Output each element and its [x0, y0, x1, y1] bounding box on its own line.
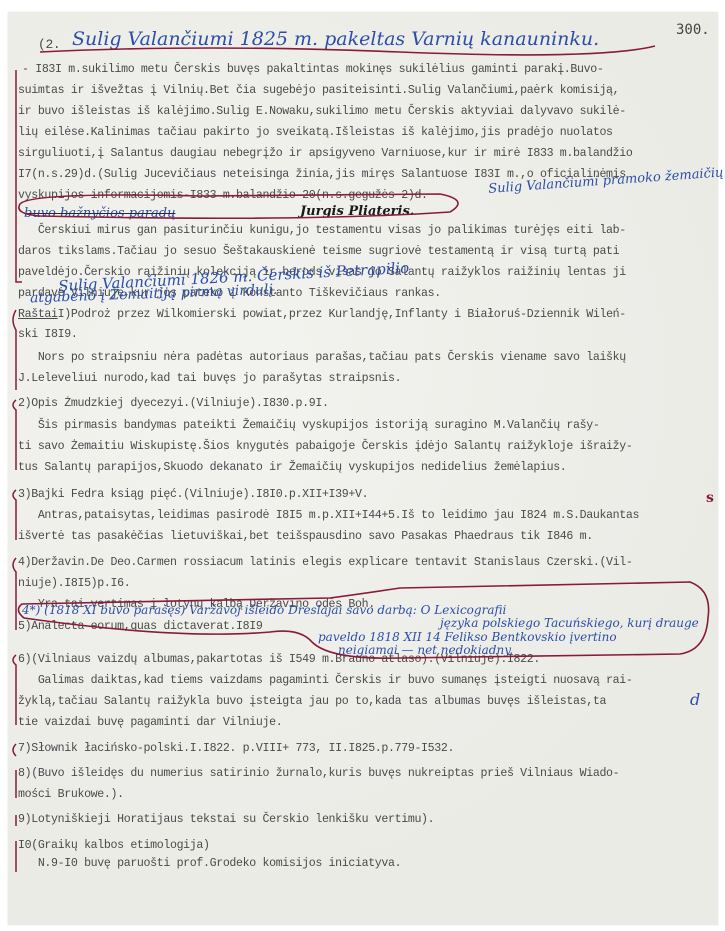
rastai-note: tus Salantų parapijos,Skuodo dekanato ir… [18, 461, 566, 475]
rastai-item-2: 2)Opis Żmudzkiej dyecezyi.(Vilniuje).I83… [18, 397, 329, 411]
rastai-item-9: 9)Lotyniškieji Horatijaus tekstai su Čer… [18, 813, 434, 827]
rastai-note: tie vaizdai buvę pagaminti dar Vilniuje. [18, 716, 282, 730]
rastai-item-4: 4)Deržavin.De Deo.Carmen rossiacum latin… [18, 556, 633, 570]
handwritten-box-line3: paveldo 1818 XII 14 Felikso Bentkovskio … [318, 630, 617, 644]
rastai-note: Antras,pataisytas,leidimas pasirodė I8I5… [18, 509, 639, 523]
rastai-item-8-line2: mości Brukowe.). [18, 788, 124, 802]
rastai-item-7: 7)Słownik łacińsko-polski.I.I822. p.VIII… [18, 742, 454, 756]
rastai-item-4-line2: niuje).I8I5)p.I6. [18, 577, 130, 591]
rastai-note: J.Leleveliui nurodo,kad tai buvęs jo par… [18, 372, 401, 386]
rastai-note: Nors po straipsniu nėra padėtas autoriau… [18, 351, 626, 365]
body-line: ir buvo išleistas iš kalėjimo.Sulig E.No… [18, 105, 626, 119]
handwritten-correction-d: d [690, 690, 700, 709]
rastai-note: ti savo Żemaitiu Wiskupistę.Šios knygutė… [18, 440, 633, 454]
header-handwritten-note: Sulig Valančiumi 1825 m. pakeltas Varnių… [72, 28, 599, 50]
handwritten-box-line2: języka polskiego Tacuńskiego, kurį draug… [440, 616, 699, 630]
rastai-note: Galimas daiktas,kad tiems vaizdams pagam… [18, 674, 633, 688]
rastai-item-10: I0(Graikų kalbos etimologija) [18, 839, 210, 853]
rastai-item-1: RaštaiI)Podroż przez Wilkomierski powiat… [18, 308, 626, 322]
rastai-item-6: 6)(Vilniaus vaizdų albumas,pakartotas iš… [18, 653, 540, 667]
body-line: - I83I m.sukilimo metu Čerskis buvęs pak… [22, 63, 603, 77]
body-line: suimtas ir išvežtas į Vilnių.Bet čia sug… [18, 84, 619, 98]
handwritten-note-jurgis: Jurgis Pliateris. [300, 204, 414, 219]
rastai-note: N.9-I0 buvę paruošti prof.Grodeko komisi… [18, 857, 401, 871]
rastai-item-3: 3)Bajki Fedra ksiąg pięć.(Vilniuje).I8I0… [18, 488, 368, 502]
rastai-note: išvertė tas pasakėčias lietuviškai,bet t… [18, 530, 593, 544]
rastai-item-5: 5)Analecta eorum,quas dictaverat.I8I9 [18, 620, 262, 634]
rastai-item-8: 8)(Buvo išleidęs du numerius satirinio ž… [18, 767, 619, 781]
body-line: lių eilėse.Kalinimas tačiau pakirto jo s… [18, 126, 613, 140]
body-line: sirguliuoti,į Salantus daugiau nebegrįžo… [18, 147, 633, 161]
body-line: vyskupijos informacijomis-I833 m.balandž… [18, 189, 428, 203]
rastai-note: Šis pirmasis bandymas pateikti Žemaičių … [18, 419, 599, 433]
rastai-note: žyklą,tačiau Salantų raižykla buvo įstei… [18, 695, 606, 709]
header-prefix: (2. [38, 38, 60, 52]
body-line: daros tikslams.Tačiau jo sesuo Šeštakaus… [18, 245, 619, 259]
handwritten-box-line1: 4*) (1818 XI buvo parašęs) Varžavoj išle… [22, 603, 506, 617]
body-line: Čerskiui mirus gan pasiturinčiu kunigu,j… [18, 224, 626, 238]
rastai-item-1-line2: ski I8I9. [18, 328, 77, 342]
rastai-label: Raštai [18, 308, 58, 321]
handwritten-note-struck: buvo bažnyčios paradų [24, 206, 175, 221]
page-number: 300. [676, 22, 710, 38]
